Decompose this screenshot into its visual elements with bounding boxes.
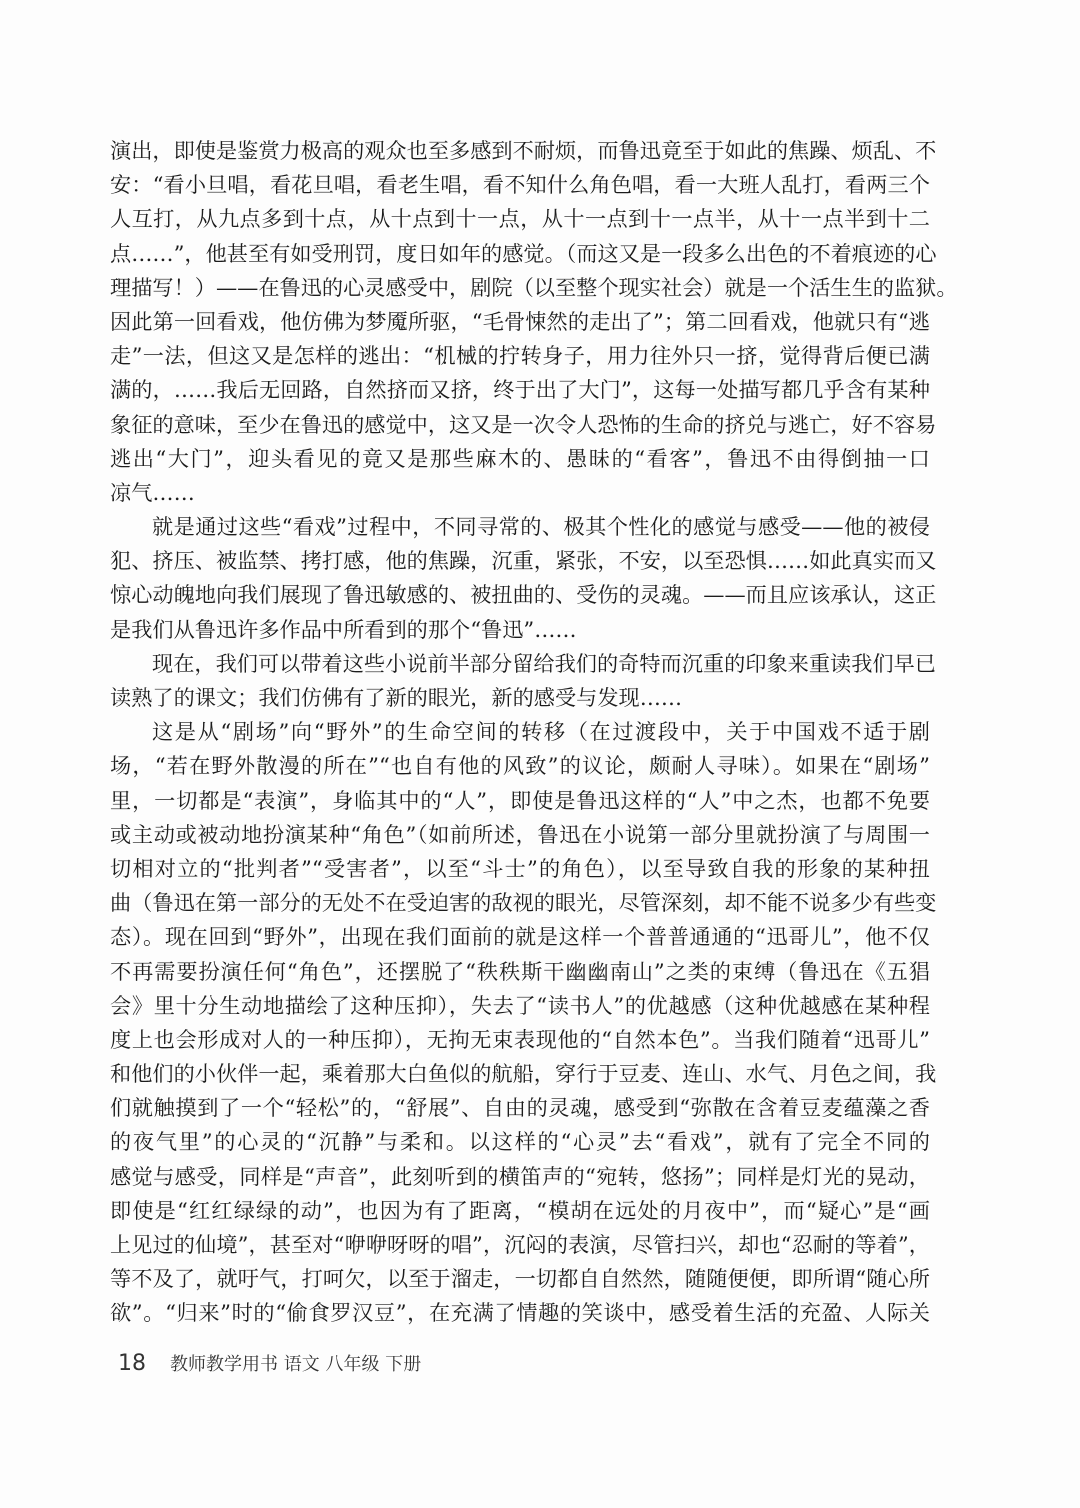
text-line: 点……”，他甚至有如受刑罚，度日如年的感觉。（而这又是一段多么出色的不着痕迹的心 [110,237,930,271]
text-line: 会》里十分生动地描绘了这种压抑），失去了“读书人”的优越感（这种优越感在某种程 [110,989,930,1023]
text-line: 的夜气里”的心灵的“沉静”与柔和。以这样的“心灵”去“看戏”，就有了完全不同的 [110,1125,930,1159]
page-number: 18 [118,1351,146,1376]
text-line: 是我们从鲁迅许多作品中所看到的那个“鲁迅”…… [110,613,930,647]
book-page: 演出，即使是鉴赏力极高的观众也至多感到不耐烦，而鲁迅竟至于如此的焦躁、烦乱、不安… [0,0,1080,1508]
emphasis-char: 械 [456,343,478,368]
text-line: 不再需要扮演任何“角色”，还摆脱了“秩秩斯干幽幽南山”之类的束缚（鲁迅在《五猖 [110,955,930,989]
body-text: 演出，即使是鉴赏力极高的观众也至多感到不耐烦，而鲁迅竟至于如此的焦躁、烦乱、不安… [110,134,930,1331]
text-line: 理描写！）——在鲁迅的心灵感受中，剧院（以至整个现实社会）就是一个活生生的监狱。 [110,271,930,305]
text-line: 态）。现在回到“野外”，出现在我们面前的就是这样一个普普通通的“迅哥儿”，他不仅 [110,920,930,954]
text-segment: 的拧转身子，用力往外只一 [477,343,736,368]
text-segment: 走”一法，但这又是怎样的逃出：“ [110,343,434,368]
text-line: 这是从“剧场”向“野外”的生命空间的转移（在过渡段中，关于中国戏不适于剧 [110,715,930,749]
text-segment: ，自然 [323,377,387,402]
text-line: 感觉与感受，同样是“声音”，此刻听到的横笛声的“宛转，悠扬”；同样是灯光的晃动， [110,1160,930,1194]
text-line: 凉气…… [110,476,930,510]
text-line: 等不及了，就吁气，打呵欠，以至于溜走，一切都自自然然，随随便便，即所谓“随心所 [110,1262,930,1296]
text-line: 度上也会形成对人的一种压抑），无拘无束表现他的“自然本色”。当我们随着“迅哥儿” [110,1023,930,1057]
emphasis-char: 挤 [736,343,758,368]
text-line: 惊心动魄地向我们展现了鲁迅敏感的、被扭曲的、受伤的灵魂。——而且应该承认，这正 [110,578,930,612]
text-line: 上见过的仙境”，甚至对“咿咿呀呀的唱”，沉闷的表演，尽管扫兴，却也“忍耐的等着”… [110,1228,930,1262]
text-line: 读熟了的课文；我们仿佛有了新的眼光，新的感受与发现…… [110,681,930,715]
text-line: 演出，即使是鉴赏力极高的观众也至多感到不耐烦，而鲁迅竟至于如此的焦躁、烦乱、不 [110,134,930,168]
emphasis-char: 挤 [451,377,472,402]
emphasis-char: 又 [429,377,450,402]
text-line: 人互打，从九点多到十点，从十点到十一点，从十一点到十一点半，从十一点半到十二 [110,202,930,236]
text-line: 欲”。“归来”时的“偷食罗汉豆”，在充满了情趣的笑谈中，感受着生活的充盈、人际关 [110,1296,930,1330]
text-line: 们就触摸到了一个“轻松”的，“舒展”、自由的灵魂，感受到“弥散在含着豆麦蕴藻之香 [110,1091,930,1125]
text-line: 因此第一回看戏，他仿佛为梦魇所驱，“毛骨悚然的走出了”；第二回看戏，他就只有“逃 [110,305,930,339]
emphasis-char: 满 [110,377,131,402]
emphasis-char: 而 [408,377,429,402]
text-line: 切相对立的“批判者”“受害者”，以至“斗士”的角色），以至导致自我的形象的某种扭 [110,852,930,886]
text-segment: ，终于出了大门”，这每一处描写都几乎含有某种 [472,377,930,402]
text-line: 走”一法，但这又是怎样的逃出：“机械的拧转身子，用力往外只一挤，觉得背后便已满 [110,339,930,373]
page-footer: 18 教师教学用书 语文 八年级 下册 [118,1350,421,1376]
text-line: 逃出“大门”，迎头看见的竟又是那些麻木的、愚昧的“看客”，鲁迅不由得倒抽一口 [110,442,930,476]
text-line: 或主动或被动地扮演某种“角色”（如前所述，鲁迅在小说第一部分里就扮演了与周围一 [110,818,930,852]
emphasis-char: 机 [434,343,456,368]
text-line: 象征的意味，至少在鲁迅的感觉中，这又是一次令人恐怖的生命的挤兑与逃亡，好不容易 [110,408,930,442]
text-line: 和他们的小伙伴一起，乘着那大白鱼似的航船，穿行于豆麦、连山、水气、月色之间，我 [110,1057,930,1091]
text-line: 即使是“红红绿绿的动”，也因为有了距离，“模胡在远处的月夜中”，而“疑心”是“画 [110,1194,930,1228]
text-line: 安：“看小旦唱，看花旦唱，看老生唱，看不知什么角色唱，看一大班人乱打，看两三个 [110,168,930,202]
text-line: 就是通过这些“看戏”过程中，不同寻常的、极其个性化的感觉与感受——他的被侵 [110,510,930,544]
text-line: 现在，我们可以带着这些小说前半部分留给我们的奇特而沉重的印象来重读我们早已 [110,647,930,681]
text-segment: 的，……我 [131,377,237,402]
emphasis-char: 无 [259,377,280,402]
emphasis-char: 路 [302,377,323,402]
emphasis-char: 满 [909,343,930,368]
emphasis-char: 回 [280,377,301,402]
text-line: 曲（鲁迅在第一部分的无处不在受迫害的敌视的眼光，尽管深刻，却不能不说多少有些变 [110,886,930,920]
emphasis-char: 后 [238,377,259,402]
text-line: 犯、挤压、被监禁、拷打感，他的焦躁，沉重，紧张，不安，以至恐惧……如此真实而又 [110,544,930,578]
text-line: 里，一切都是“表演”，身临其中的“人”，即使是鲁迅这样的“人”中之杰，也都不免要 [110,784,930,818]
emphasis-char: 挤 [387,377,408,402]
text-line: 满的，……我后无回路，自然挤而又挤，终于出了大门”，这每一处描写都几乎含有某种 [110,373,930,407]
text-segment: ，觉得背后便已 [758,343,909,368]
book-title: 教师教学用书 语文 八年级 下册 [170,1354,421,1375]
text-line: 场，“若在野外散漫的所在”“也自有他的风致”的议论，颇耐人寻味）。如果在“剧场” [110,749,930,783]
